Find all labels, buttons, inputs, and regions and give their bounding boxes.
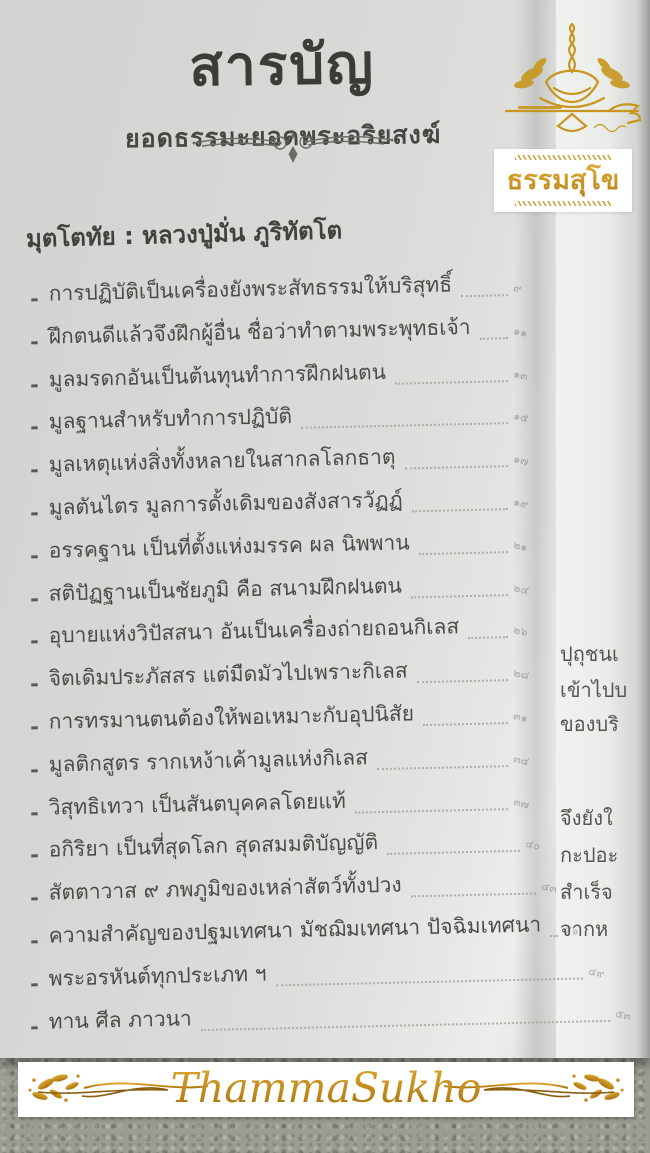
publisher-label-box: ธรรมสุโข xyxy=(494,149,632,212)
adjacent-text-fragment: เข้าไปบ xyxy=(560,674,627,706)
label-ornament-top-icon xyxy=(515,155,611,160)
publisher-name: ธรรมสุโข xyxy=(507,160,620,202)
adjacent-text-fragment: ของบริ xyxy=(560,708,619,740)
adjacent-text-fragment: ปุถุชนเ xyxy=(560,638,619,670)
adjacent-text-fragment: กะปอะ xyxy=(560,839,618,871)
adjacent-text-fragment: จากห xyxy=(560,913,608,945)
book-photo: สารบัญ ยอดธรรมะยอดพระอริยสงฆ์ xyxy=(0,0,650,1153)
label-ornament-bottom-icon xyxy=(515,201,611,206)
adjacent-text-fragment: จึงยังใ xyxy=(560,802,613,834)
footer-banner-art: ThammaSukho xyxy=(18,1062,634,1117)
footer-banner: ThammaSukho xyxy=(18,1062,634,1117)
adjacent-text-fragment: สำเร็จ xyxy=(560,876,613,908)
brand-script-text: ThammaSukho xyxy=(171,1064,482,1112)
